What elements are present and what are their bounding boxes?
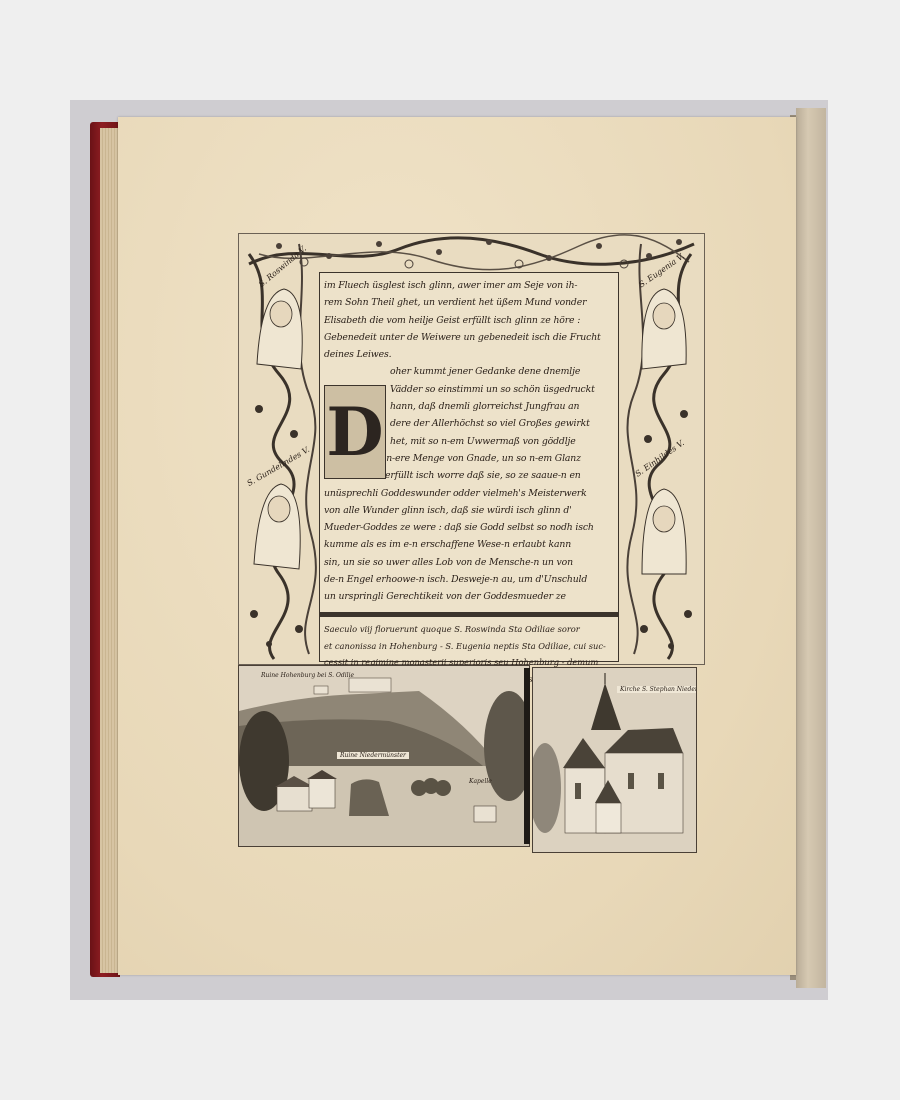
right-page-edge — [796, 108, 826, 988]
latin-line: Saeculo viij floruerunt quoque S. Roswin… — [324, 621, 616, 638]
text-line: de-n Engel erhoowe-n isch. Desweje-n au,… — [324, 571, 616, 588]
illustration-church: Kirche S. Stephan Niedermünster — [532, 667, 697, 853]
main-text-panel: im Fluech üsglest isch glinn, awer imer … — [319, 272, 619, 662]
text-line: un urspringli Gerechtikeit von der Godde… — [324, 588, 616, 605]
illuminated-plate: S. Roswinda V. S. Gundelindes V. S. Euge… — [238, 233, 705, 665]
text-divider — [320, 612, 618, 617]
illustration-separator — [524, 668, 530, 844]
text-line: Gebenedeit unter de Weiwere un gebenedei… — [324, 329, 616, 346]
text-line: oher kummt jener Gedanke dene dnemlje — [324, 363, 616, 380]
text-line: kumme als es im e-n erschaffene Wese-n e… — [324, 536, 616, 553]
text-line: deines Leiwes. — [324, 346, 616, 363]
text-line: Elisabeth die vom heilje Geist erfüllt i… — [324, 312, 616, 329]
caption-niedermuenster: Ruine Niedermünster — [337, 752, 409, 759]
text-line: rem Sohn Theil ghet, un verdient het üße… — [324, 294, 616, 311]
latin-line: et canonissa in Hohenburg - S. Eugenia n… — [324, 638, 616, 655]
text-line: im Fluech üsglest isch glinn, awer imer … — [324, 277, 616, 294]
caption-hohenburg: Ruine Hohenburg bei S. Odilie — [261, 672, 354, 679]
caption-chapel: Kapelle — [469, 778, 492, 785]
illuminated-drop-cap: D — [324, 385, 386, 479]
text-line: sin, un sie so uwer alles Lob von de Men… — [324, 554, 616, 571]
text-line: von alle Wunder glinn isch, daß sie würd… — [324, 502, 616, 519]
text-line: unüsprechli Goddeswunder odder vielmeh's… — [324, 485, 616, 502]
church-illustration-icon — [533, 668, 696, 852]
illustration-hohenburg: Ruine Hohenburg bei S. Odilie Ruine Nied… — [238, 665, 530, 847]
caption-church: Kirche S. Stephan Niedermünster — [617, 686, 697, 693]
text-line: Mueder-Goddes ze were : daß sie Godd sel… — [324, 519, 616, 536]
